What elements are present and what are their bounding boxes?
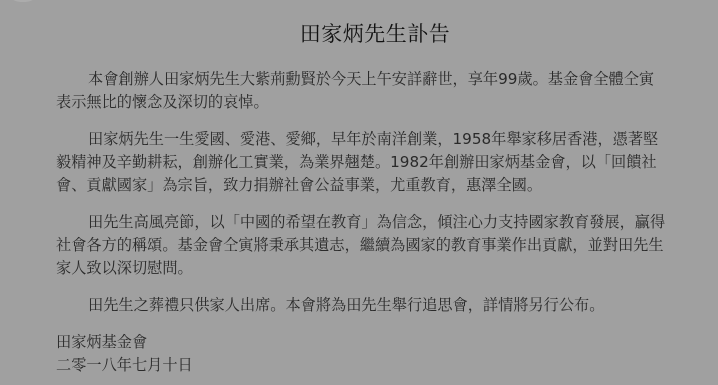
page-title: 田家炳先生訃告 <box>16 18 718 48</box>
signature-organization: 田家炳基金會 <box>56 331 676 354</box>
text-line: 本會創辦人田家炳先生大紫荊勳賢於今天上午安詳辭世，享年99歲。基金會全體仝寅 <box>56 68 676 91</box>
text-line: 田先生高風亮節，以「中國的希望在教育」為信念，傾注心力支持國家教育發展，贏得 <box>56 211 676 234</box>
paragraph-announcement: 本會創辦人田家炳先生大紫荊勳賢於今天上午安詳辭世，享年99歲。基金會全體仝寅 表… <box>56 68 676 114</box>
paragraph-legacy: 田先生高風亮節，以「中國的希望在教育」為信念，傾注心力支持國家教育發展，贏得 社… <box>56 211 676 280</box>
text-line: 會、貢獻國家」為宗旨，致力捐辦社會公益事業，尤重教育，惠澤全國。 <box>56 174 676 197</box>
text-line: 田先生之葬禮只供家人出席。本會將為田先生舉行追思會，詳情將另行公布。 <box>56 294 676 317</box>
text-line: 田家炳先生一生愛國、愛港、愛鄉，早年於南洋創業，1958年舉家移居香港，憑著堅 <box>56 128 676 151</box>
text-line: 表示無比的懷念及深切的哀悼。 <box>56 91 676 114</box>
text-line: 家人致以深切慰問。 <box>56 257 676 280</box>
text-line: 毅精神及辛勤耕耘，創辦化工實業，為業界翹楚。1982年創辦田家炳基金會，以「回饋… <box>56 151 676 174</box>
corner-decoration <box>12 0 34 2</box>
text-line: 社會各方的稱頌。基金會仝寅將秉承其遺志，繼續為國家的教育事業作出貢獻，並對田先生 <box>56 234 676 257</box>
paragraph-biography: 田家炳先生一生愛國、愛港、愛鄉，早年於南洋創業，1958年舉家移居香港，憑著堅 … <box>56 128 676 197</box>
paragraph-funeral: 田先生之葬禮只供家人出席。本會將為田先生舉行追思會，詳情將另行公布。 <box>56 294 676 317</box>
obituary-body: 本會創辦人田家炳先生大紫荊勳賢於今天上午安詳辭世，享年99歲。基金會全體仝寅 表… <box>56 68 676 377</box>
signature-block: 田家炳基金會 二零一八年七月十日 <box>56 331 676 377</box>
signature-date: 二零一八年七月十日 <box>56 354 676 377</box>
